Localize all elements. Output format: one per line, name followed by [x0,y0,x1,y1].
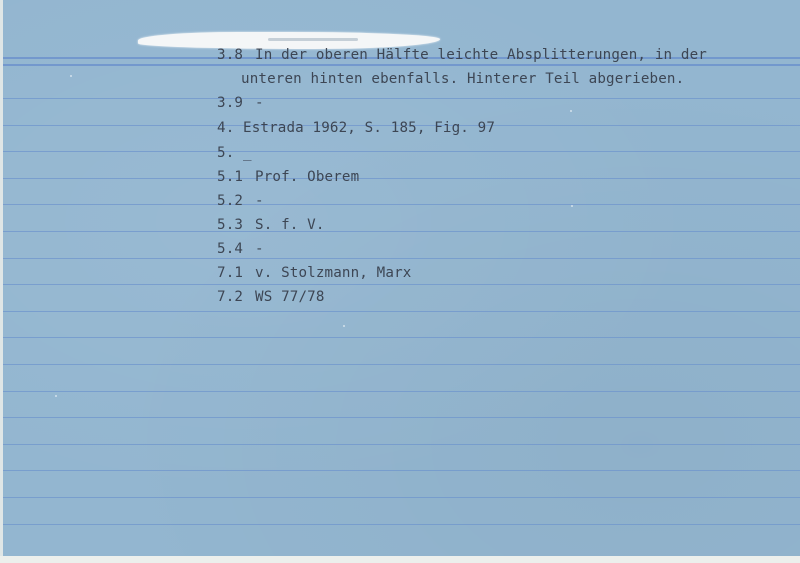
entry-5-4-number: 5.4 [217,242,243,256]
ruled-line [3,470,800,471]
ruled-line [3,524,800,525]
entry-5-4-text: - [255,242,264,256]
entry-5-text: _ [243,146,252,160]
entry-4-number: 4. [217,121,234,135]
paper-speck [55,395,57,397]
paper-speck [343,325,345,327]
entry-5-1-text: Prof. Oberem [255,170,359,184]
entry-4-text: Estrada 1962, S. 185, Fig. 97 [243,121,495,135]
paper-speck [571,205,573,207]
entry-3-9-number: 3.9 [217,96,243,110]
entry-5-1-number: 5.1 [217,170,243,184]
ruled-line [3,497,800,498]
card-bottom-edge [0,556,800,563]
ruled-line [3,337,800,338]
ruled-line [3,417,800,418]
entry-7-1-text: v. Stolzmann, Marx [255,266,411,280]
entry-5-number: 5. [217,146,234,160]
ruled-line [3,311,800,312]
ruled-line [3,231,800,232]
entry-7-1-number: 7.1 [217,266,243,280]
paper-speck [570,110,572,112]
ruled-line [3,178,800,179]
entry-3-9-text: - [255,96,264,110]
ruled-line [3,284,800,285]
entry-5-2-text: - [255,194,264,208]
ruled-line [3,364,800,365]
ruled-line [3,204,800,205]
entry-7-2-number: 7.2 [217,290,243,304]
entry-5-2-number: 5.2 [217,194,243,208]
entry-5-3-number: 5.3 [217,218,243,232]
entry-7-2-text: WS 77/78 [255,290,325,304]
ruled-line [3,64,800,66]
entry-3-8-continuation: unteren hinten ebenfalls. Hinterer Teil … [241,72,684,86]
entry-3-8-number: 3.8 [217,48,243,62]
ruled-line [3,258,800,259]
entry-5-3-text: S. f. V. [255,218,325,232]
entry-3-8-text: In der oberen Hälfte leichte Absplitteru… [255,48,707,62]
index-card: 3.8 In der oberen Hälfte leichte Absplit… [3,0,800,556]
ruled-line [3,444,800,445]
paper-speck [70,75,72,77]
ruled-line [3,391,800,392]
ruled-line [3,98,800,99]
ruled-line [3,151,800,152]
